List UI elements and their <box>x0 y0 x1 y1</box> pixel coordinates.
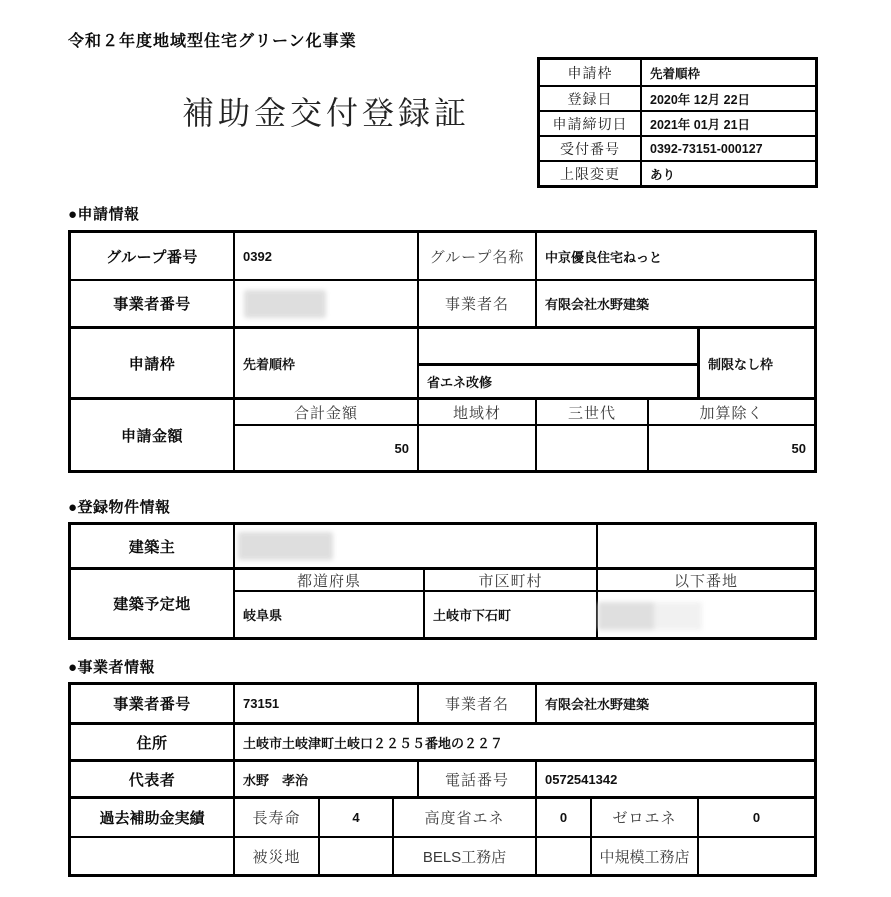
table-row: グループ番号 0392 グループ名称 中京優良住宅ねっと <box>71 233 814 279</box>
history2-empty-cell <box>535 838 590 874</box>
summary-value: 0392-73151-000127 <box>640 137 815 160</box>
builder-name-value: 有限会社水野建築 <box>535 281 814 326</box>
table-row: 申請金額 合計金額 地域材 三世代 加算除く 50 50 <box>71 397 814 470</box>
section-heading-property: ●登録物件情報 <box>68 496 171 517</box>
summary-row-deadline: 申請締切日 2021年 01月 21日 <box>540 110 815 135</box>
table-row: 建築予定地 都道府県 市区町村 以下番地 岐阜県 土岐市下石町 <box>71 567 814 637</box>
frame-value: 先着順枠 <box>233 329 417 397</box>
phone-label: 電話番号 <box>417 762 535 796</box>
site-label: 建築予定地 <box>71 570 233 637</box>
summary-label: 申請締切日 <box>540 112 640 135</box>
summary-value: 先着順枠 <box>640 60 815 85</box>
history2-empty-label <box>71 838 233 874</box>
table-row: 建築主 <box>71 525 814 567</box>
redacted-address-detail <box>598 602 702 630</box>
history2-empty-cell <box>318 838 392 874</box>
company-number-label: 事業者番号 <box>71 685 233 722</box>
amount-header-excl-add: 加算除く <box>647 400 814 424</box>
table-row: 申請枠 先着順枠 省エネ改修 制限なし枠 <box>71 326 814 397</box>
site-header-prefecture: 都道府県 <box>233 570 423 590</box>
owner-extra-empty <box>596 525 814 567</box>
company-name-label: 事業者名 <box>417 685 535 722</box>
amount-label: 申請金額 <box>71 400 233 470</box>
address-value: 土岐市土岐津町土岐口２２５５番地の２２７ <box>233 725 814 759</box>
frame-mid-top-empty <box>419 329 697 363</box>
table-row: 事業者番号 事業者名 有限会社水野建築 <box>71 279 814 326</box>
company-name-value: 有限会社水野建築 <box>535 685 814 722</box>
amount-excl-add: 50 <box>647 426 814 470</box>
frame-right-value: 制限なし枠 <box>697 329 814 397</box>
site-city: 土岐市下石町 <box>423 592 596 637</box>
amount-value-row: 50 50 <box>233 424 814 470</box>
redacted-business-number <box>244 290 326 318</box>
history-energy-label: 高度省エネ <box>392 799 535 836</box>
company-number-value: 73151 <box>233 685 417 722</box>
history2-bels: BELS工務店 <box>392 838 535 874</box>
frame-label: 申請枠 <box>71 329 233 397</box>
site-subtable: 都道府県 市区町村 以下番地 岐阜県 土岐市下石町 <box>233 570 814 637</box>
history2-midsize: 中規模工務店 <box>590 838 697 874</box>
site-header-row: 都道府県 市区町村 以下番地 <box>233 570 814 590</box>
amount-header-three-gen: 三世代 <box>535 400 647 424</box>
property-table: 建築主 建築予定地 都道府県 市区町村 以下番地 岐阜県 土岐市下石町 <box>68 522 817 640</box>
application-table: グループ番号 0392 グループ名称 中京優良住宅ねっと 事業者番号 事業者名 … <box>68 230 817 473</box>
amount-header-row: 合計金額 地域材 三世代 加算除く <box>233 400 814 424</box>
history-energy-value: 0 <box>535 799 590 836</box>
owner-label: 建築主 <box>71 525 233 567</box>
summary-label: 登録日 <box>540 87 640 110</box>
builder-number-label: 事業者番号 <box>71 281 233 326</box>
group-name-label: グループ名称 <box>417 233 535 279</box>
summary-label: 上限変更 <box>540 162 640 185</box>
table-row: 被災地 BELS工務店 中規模工務店 <box>71 836 814 874</box>
group-number-value: 0392 <box>233 233 417 279</box>
site-header-address: 以下番地 <box>596 570 814 590</box>
amount-total: 50 <box>233 426 417 470</box>
amount-header-regional: 地域材 <box>417 400 535 424</box>
history-zeroenergy-value: 0 <box>697 799 814 836</box>
summary-value: あり <box>640 162 815 185</box>
section-heading-company: ●事業者情報 <box>68 656 155 677</box>
amount-three-gen <box>535 426 647 470</box>
site-prefecture: 岐阜県 <box>233 592 423 637</box>
history2-empty-cell <box>697 838 814 874</box>
phone-value: 0572541342 <box>535 762 814 796</box>
group-name-value: 中京優良住宅ねっと <box>535 233 814 279</box>
representative-value: 水野 孝治 <box>233 762 417 796</box>
summary-value: 2021年 01月 21日 <box>640 112 815 135</box>
summary-table: 申請枠 先着順枠 登録日 2020年 12月 22日 申請締切日 2021年 0… <box>537 57 818 188</box>
amount-subtable: 合計金額 地域材 三世代 加算除く 50 50 <box>233 400 814 470</box>
history2-disaster: 被災地 <box>233 838 318 874</box>
table-row: 過去補助金実績 長寿命 4 高度省エネ 0 ゼロエネ 0 <box>71 796 814 836</box>
frame-mid-bottom: 省エネ改修 <box>419 363 697 397</box>
history-longlife-label: 長寿命 <box>233 799 318 836</box>
amount-header-total: 合計金額 <box>233 400 417 424</box>
table-row: 住所 土岐市土岐津町土岐口２２５５番地の２２７ <box>71 722 814 759</box>
company-table: 事業者番号 73151 事業者名 有限会社水野建築 住所 土岐市土岐津町土岐口２… <box>68 682 817 877</box>
summary-row-registered: 登録日 2020年 12月 22日 <box>540 85 815 110</box>
summary-row-frame: 申請枠 先着順枠 <box>540 60 815 85</box>
certificate-page: 令和２年度地域型住宅グリーン化事業 補助金交付登録証 申請枠 先着順枠 登録日 … <box>0 0 891 897</box>
site-value-row: 岐阜県 土岐市下石町 <box>233 590 814 637</box>
summary-label: 申請枠 <box>540 60 640 85</box>
frame-mid-cell: 省エネ改修 <box>417 329 697 397</box>
builder-name-label: 事業者名 <box>417 281 535 326</box>
table-row: 事業者番号 73151 事業者名 有限会社水野建築 <box>71 685 814 722</box>
section-heading-application: ●申請情報 <box>68 203 140 224</box>
history-label: 過去補助金実績 <box>71 799 233 836</box>
redacted-owner-name <box>238 532 333 560</box>
amount-regional <box>417 426 535 470</box>
table-row: 代表者 水野 孝治 電話番号 0572541342 <box>71 759 814 796</box>
certificate-title: 補助金交付登録証 <box>182 88 470 134</box>
group-number-label: グループ番号 <box>71 233 233 279</box>
history-longlife-value: 4 <box>318 799 392 836</box>
summary-row-receipt: 受付番号 0392-73151-000127 <box>540 135 815 160</box>
history-zeroenergy-label: ゼロエネ <box>590 799 697 836</box>
summary-label: 受付番号 <box>540 137 640 160</box>
summary-value: 2020年 12月 22日 <box>640 87 815 110</box>
summary-row-limit-change: 上限変更 あり <box>540 160 815 185</box>
program-name: 令和２年度地域型住宅グリーン化事業 <box>68 28 357 51</box>
site-header-city: 市区町村 <box>423 570 596 590</box>
address-label: 住所 <box>71 725 233 759</box>
representative-label: 代表者 <box>71 762 233 796</box>
